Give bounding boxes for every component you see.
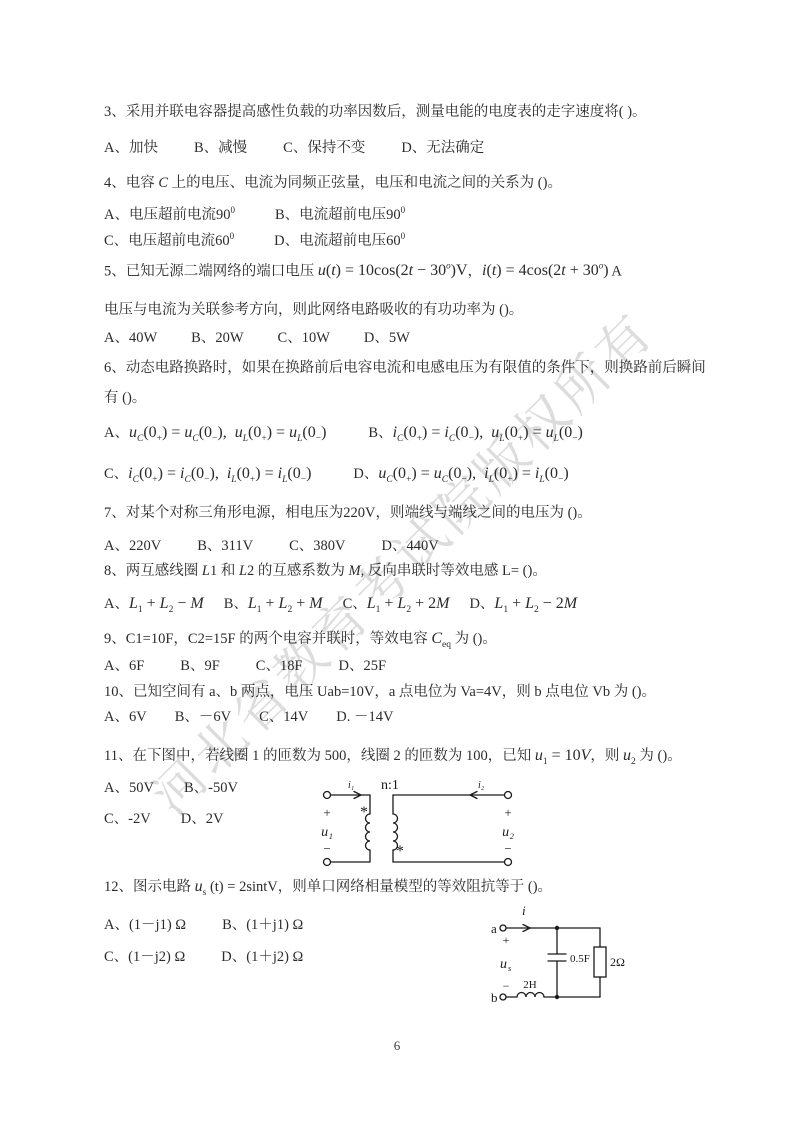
- transformer-top-right-wire: [393, 795, 505, 814]
- u2-label: u₂: [502, 825, 514, 840]
- question-4-option-a: A、电压超前电流900: [104, 204, 235, 225]
- question-12-option-a: A、(1－j1) Ω: [104, 916, 186, 936]
- question-8-option-d: D、L1 + L2 − 2M: [469, 593, 577, 617]
- u2-minus-sign: −: [504, 841, 511, 856]
- question-12-text: 12、图示电路 us (t) = 2sintV，则单口网络相量模型的等效阻抗等于…: [104, 876, 552, 900]
- terminal-a: [500, 925, 506, 931]
- node-a-label: a: [491, 921, 497, 936]
- question-8-option-a: A、L1 + L2 − M: [104, 593, 204, 617]
- question-8-option-c: C、L1 + L2 + 2M: [343, 593, 450, 617]
- question-5-text-line2: 电压与电流为关联参考方向，则此网络电路吸收的有功功率为 ()。: [104, 301, 523, 321]
- question-6-option-b: B、iC(0+) = iC(0−), uL(0+) = uL(0−): [368, 422, 582, 446]
- dot-mark-primary: *: [360, 804, 368, 821]
- question-4-options-row1: A、电压超前电流900 B、电流超前电压900: [104, 204, 405, 225]
- question-12-option-b: B、(1＋j1) Ω: [222, 916, 303, 936]
- source-plus-sign: +: [503, 933, 510, 947]
- question-9-text: 9、C1=10F，C2=15F 的两个电容并联时，等效电容 Ceq 为 ()。: [104, 628, 497, 652]
- terminal-top-left: [324, 792, 331, 799]
- question-11-options-row1: A、50V B、-50V: [104, 779, 238, 799]
- question-4-text: 4、电容 C 上的电压、电流为同频正弦量，电压和电流之间的关系为 ()。: [104, 174, 562, 194]
- question-8-options: A、L1 + L2 − M B、L1 + L2 + M C、L1 + L2 + …: [104, 593, 577, 617]
- terminal-bottom-left: [324, 859, 331, 866]
- capacitor-value-label: 0.5F: [570, 953, 590, 965]
- question-5-option-c: C、10W: [278, 329, 330, 349]
- transformer-bottom-left-wire: [331, 850, 371, 862]
- question-11-option-b: B、-50V: [184, 779, 238, 799]
- current-i-label: i: [522, 903, 526, 918]
- question-10-option-c: C、14V: [259, 708, 308, 728]
- question-11-text: 11、在下图中，若线圈 1 的匝数为 500，线圈 2 的匝数为 100，已知 …: [104, 745, 682, 769]
- source-voltage-label: u: [500, 957, 507, 972]
- question-10-option-d: D. －14V: [336, 708, 393, 728]
- question-10-text: 10、已知空间有 a、b 两点，电压 Uab=10V，a 点电位为 Va=4V，…: [104, 683, 656, 703]
- question-6-option-a: A、uC(0+) = uC(0−), uL(0+) = uL(0−): [104, 422, 326, 446]
- question-9-option-b: B、9F: [180, 657, 220, 677]
- question-10-options: A、6V B、－6V C、14V D. －14V: [104, 708, 393, 728]
- dot-mark-secondary: *: [396, 843, 404, 860]
- terminal-bottom-right: [505, 859, 512, 866]
- question-7-options: A、220V B、311V C、380V D、440V: [104, 537, 439, 557]
- question-11-option-d: D、2V: [181, 810, 224, 830]
- question-4-options-row2: C、电压超前电流600 D、电流超前电压600: [104, 230, 405, 251]
- current-i2-label: i₂: [478, 780, 485, 791]
- resistor-body: [594, 947, 606, 977]
- source-voltage-subscript: s: [508, 964, 511, 973]
- question-9-option-c: C、18F: [256, 657, 303, 677]
- terminal-top-right: [505, 792, 512, 799]
- junction-dot-top: [555, 926, 559, 930]
- u1-minus-sign: −: [323, 841, 330, 856]
- node-b-label: b: [491, 990, 498, 1005]
- question-4-option-d: D、电流超前电压600: [274, 230, 405, 251]
- question-9-option-d: D、25F: [339, 657, 387, 677]
- question-11-options-row2: C、-2V D、2V: [104, 810, 223, 830]
- terminal-b: [500, 994, 506, 1000]
- question-7-option-b: B、311V: [197, 537, 253, 557]
- current-i1-label: i₁: [348, 780, 354, 791]
- junction-dot-bottom: [555, 995, 559, 999]
- question-6-option-d: D、uC(0+) = uC(0−), iL(0+) = iL(0−): [353, 463, 568, 487]
- transformer-bottom-right-wire: [393, 850, 505, 862]
- turns-ratio-label: n:1: [381, 778, 399, 793]
- transformer-figure: n:1 i₁ i₂ * * + u₁ − + u₂ −: [318, 776, 518, 872]
- question-5-option-b: B、20W: [191, 329, 243, 349]
- question-6-options-row2: C、iC(0+) = iC(0−), iL(0+) = iL(0−) D、uC(…: [104, 463, 569, 487]
- inductor-value-label: 2H: [523, 979, 537, 991]
- question-3-option-d: D、无法确定: [401, 139, 484, 159]
- question-9-option-a: A、6F: [104, 657, 144, 677]
- page-number: 6: [0, 1038, 794, 1054]
- question-8-option-b: B、L1 + L2 + M: [224, 593, 323, 617]
- u1-plus-sign: +: [323, 805, 330, 820]
- question-3-text: 3、采用并联电容器提高感性负载的功率因数后，测量电能的电度表的走字速度将( )。: [104, 103, 647, 123]
- question-6-option-c: C、iC(0+) = iC(0−), iL(0+) = iL(0−): [104, 463, 311, 487]
- question-6-text-line2: 有 ()。: [104, 389, 146, 409]
- question-7-option-c: C、380V: [289, 537, 345, 557]
- question-12-option-d: D、(1＋j2) Ω: [221, 948, 303, 968]
- inductor-coil: [517, 993, 544, 998]
- capacitor-branch: [548, 928, 566, 997]
- question-3-options: A、加快 B、减慢 C、保持不变 D、无法确定: [104, 139, 484, 159]
- question-6-text-line1: 6、动态电路换路时，如果在换路前后电容电流和电感电压为有限值的条件下，则换路前后…: [104, 359, 706, 379]
- question-4-option-c: C、电压超前电流600: [104, 230, 234, 251]
- question-5-option-a: A、40W: [104, 329, 157, 349]
- question-10-option-b: B、－6V: [175, 708, 231, 728]
- question-6-options-row1: A、uC(0+) = uC(0−), uL(0+) = uL(0−) B、iC(…: [104, 422, 583, 446]
- question-12-option-c: C、(1－j2) Ω: [104, 948, 185, 968]
- question-11-option-a: A、50V: [104, 779, 154, 799]
- question-5-text-line1: 5、已知无源二端网络的端口电压 u(t) = 10cos(2t − 30o)V，…: [104, 260, 622, 282]
- circuit-figure: i a + u s − b 2H 0.5F 2Ω: [486, 903, 636, 1008]
- question-9-options: A、6F B、9F C、18F D、25F: [104, 657, 386, 677]
- resistor-value-label: 2Ω: [610, 955, 625, 969]
- u1-label: u₁: [321, 825, 333, 840]
- question-11-option-c: C、-2V: [104, 810, 151, 830]
- u2-plus-sign: +: [504, 805, 511, 820]
- question-12-options-row1: A、(1－j1) Ω B、(1＋j1) Ω: [104, 916, 303, 936]
- question-7-option-a: A、220V: [104, 537, 161, 557]
- question-5-options: A、40W B、20W C、10W D、5W: [104, 329, 410, 349]
- question-12-options-row2: C、(1－j2) Ω D、(1＋j2) Ω: [104, 948, 303, 968]
- question-10-option-a: A、6V: [104, 708, 147, 728]
- question-7-option-d: D、440V: [381, 537, 438, 557]
- question-4-option-b: B、电流超前电压900: [275, 204, 405, 225]
- question-7-text: 7、对某个对称三角形电源，相电压为220V，则端线与端线之间的电压为 ()。: [104, 504, 592, 524]
- question-3-option-a: A、加快: [104, 139, 158, 159]
- question-3-option-c: C、保持不变: [283, 139, 365, 159]
- exam-page: 河北省教育考试院版权所有 3、采用并联电容器提高感性负载的功率因数后，测量电能的…: [0, 0, 794, 1123]
- source-minus-sign: −: [503, 979, 510, 993]
- question-3-option-b: B、减慢: [194, 139, 247, 159]
- question-8-text: 8、两互感线圈 L1 和 L2 的互感系数为 M, 反向串联时等效电感 L= (…: [104, 562, 547, 582]
- question-5-option-d: D、5W: [364, 329, 410, 349]
